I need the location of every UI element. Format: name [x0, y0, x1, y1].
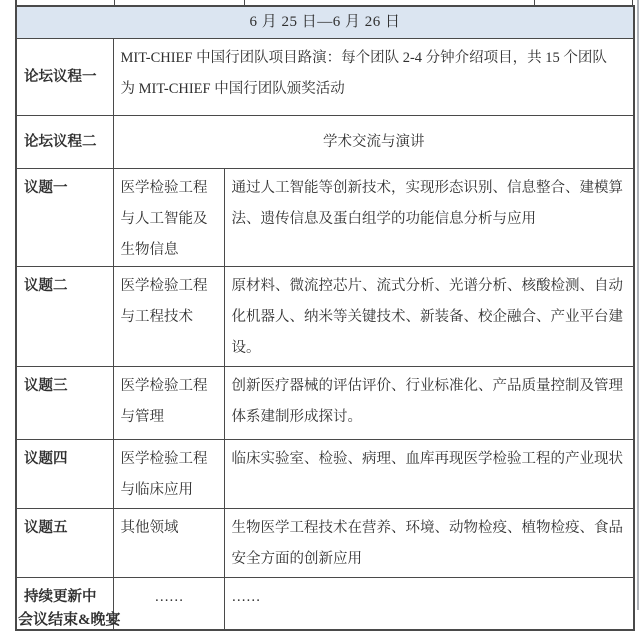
date-header-cell: 6 月 25 日—6 月 26 日: [16, 6, 634, 39]
updating-placeholder-cell2: ……: [224, 578, 634, 631]
table-row: 论坛议程一 MIT-CHIEF 中国行团队项目路演：每个团队 2-4 分钟介绍项…: [16, 39, 634, 116]
agenda-table: 6 月 25 日—6 月 26 日 论坛议程一 MIT-CHIEF 中国行团队项…: [15, 5, 635, 631]
topic4-description-cell: 临床实验室、检验、病理、血库再现医学检验工程的产业现状: [224, 440, 634, 509]
topic5-description-cell: 生物医学工程技术在营养、环境、动物检疫、植物检疫、食品安全方面的创新应用: [224, 509, 634, 578]
topic5-field-cell: 其他领域: [113, 509, 224, 578]
topic2-description-cell: 原材料、微流控芯片、流式分析、光谱分析、核酸检测、自动化机器人、纳米等关键技术、…: [224, 267, 634, 367]
table-row: 6 月 25 日—6 月 26 日: [16, 6, 634, 39]
row-label-topic2: 议题二: [16, 267, 113, 367]
table-row: 议题二 医学检验工程与工程技术 原材料、微流控芯片、流式分析、光谱分析、核酸检测…: [16, 267, 634, 367]
row-label-program1: 论坛议程一: [16, 39, 113, 116]
page-edge-divider: [637, 0, 639, 610]
closing-dinner-note: 会议结束&晚宴: [18, 609, 121, 631]
topic4-field-cell: 医学检验工程与临床应用: [113, 440, 224, 509]
updating-placeholder-cell: ……: [113, 578, 224, 631]
table-row: 议题一 医学检验工程与人工智能及生物信息 通过人工智能等创新技术，实现形态识别、…: [16, 169, 634, 267]
table-row: 论坛议程二 学术交流与演讲: [16, 116, 634, 169]
topic3-field-cell: 医学检验工程与管理: [113, 367, 224, 440]
program1-line2: 为 MIT-CHIEF 中国行团队颁奖活动: [121, 74, 628, 105]
topic3-description-cell: 创新医疗器械的评估评价、行业标准化、产品质量控制及管理体系建制形成探讨。: [224, 367, 634, 440]
program1-line1: MIT-CHIEF 中国行团队项目路演：每个团队 2-4 分钟介绍项目，共 15…: [121, 43, 628, 74]
topic2-field-cell: 医学检验工程与工程技术: [113, 267, 224, 367]
row-label-topic5: 议题五: [16, 509, 113, 578]
row-label-program2: 论坛议程二: [16, 116, 113, 169]
table-row: 议题五 其他领域 生物医学工程技术在营养、环境、动物检疫、植物检疫、食品安全方面…: [16, 509, 634, 578]
row-label-topic4: 议题四: [16, 440, 113, 509]
program1-content-cell: MIT-CHIEF 中国行团队项目路演：每个团队 2-4 分钟介绍项目，共 15…: [113, 39, 634, 116]
row-label-topic3: 议题三: [16, 367, 113, 440]
topic1-field-cell: 医学检验工程与人工智能及生物信息: [113, 169, 224, 267]
topic1-description-cell: 通过人工智能等创新技术，实现形态识别、信息整合、建模算法、遗传信息及蛋白组学的功…: [224, 169, 634, 267]
table-row: 议题四 医学检验工程与临床应用 临床实验室、检验、病理、血库再现医学检验工程的产…: [16, 440, 634, 509]
program2-content-cell: 学术交流与演讲: [113, 116, 634, 169]
document-page: 6 月 25 日—6 月 26 日 论坛议程一 MIT-CHIEF 中国行团队项…: [0, 0, 640, 632]
table-row: 议题三 医学检验工程与管理 创新医疗器械的评估评价、行业标准化、产品质量控制及管…: [16, 367, 634, 440]
row-label-topic1: 议题一: [16, 169, 113, 267]
